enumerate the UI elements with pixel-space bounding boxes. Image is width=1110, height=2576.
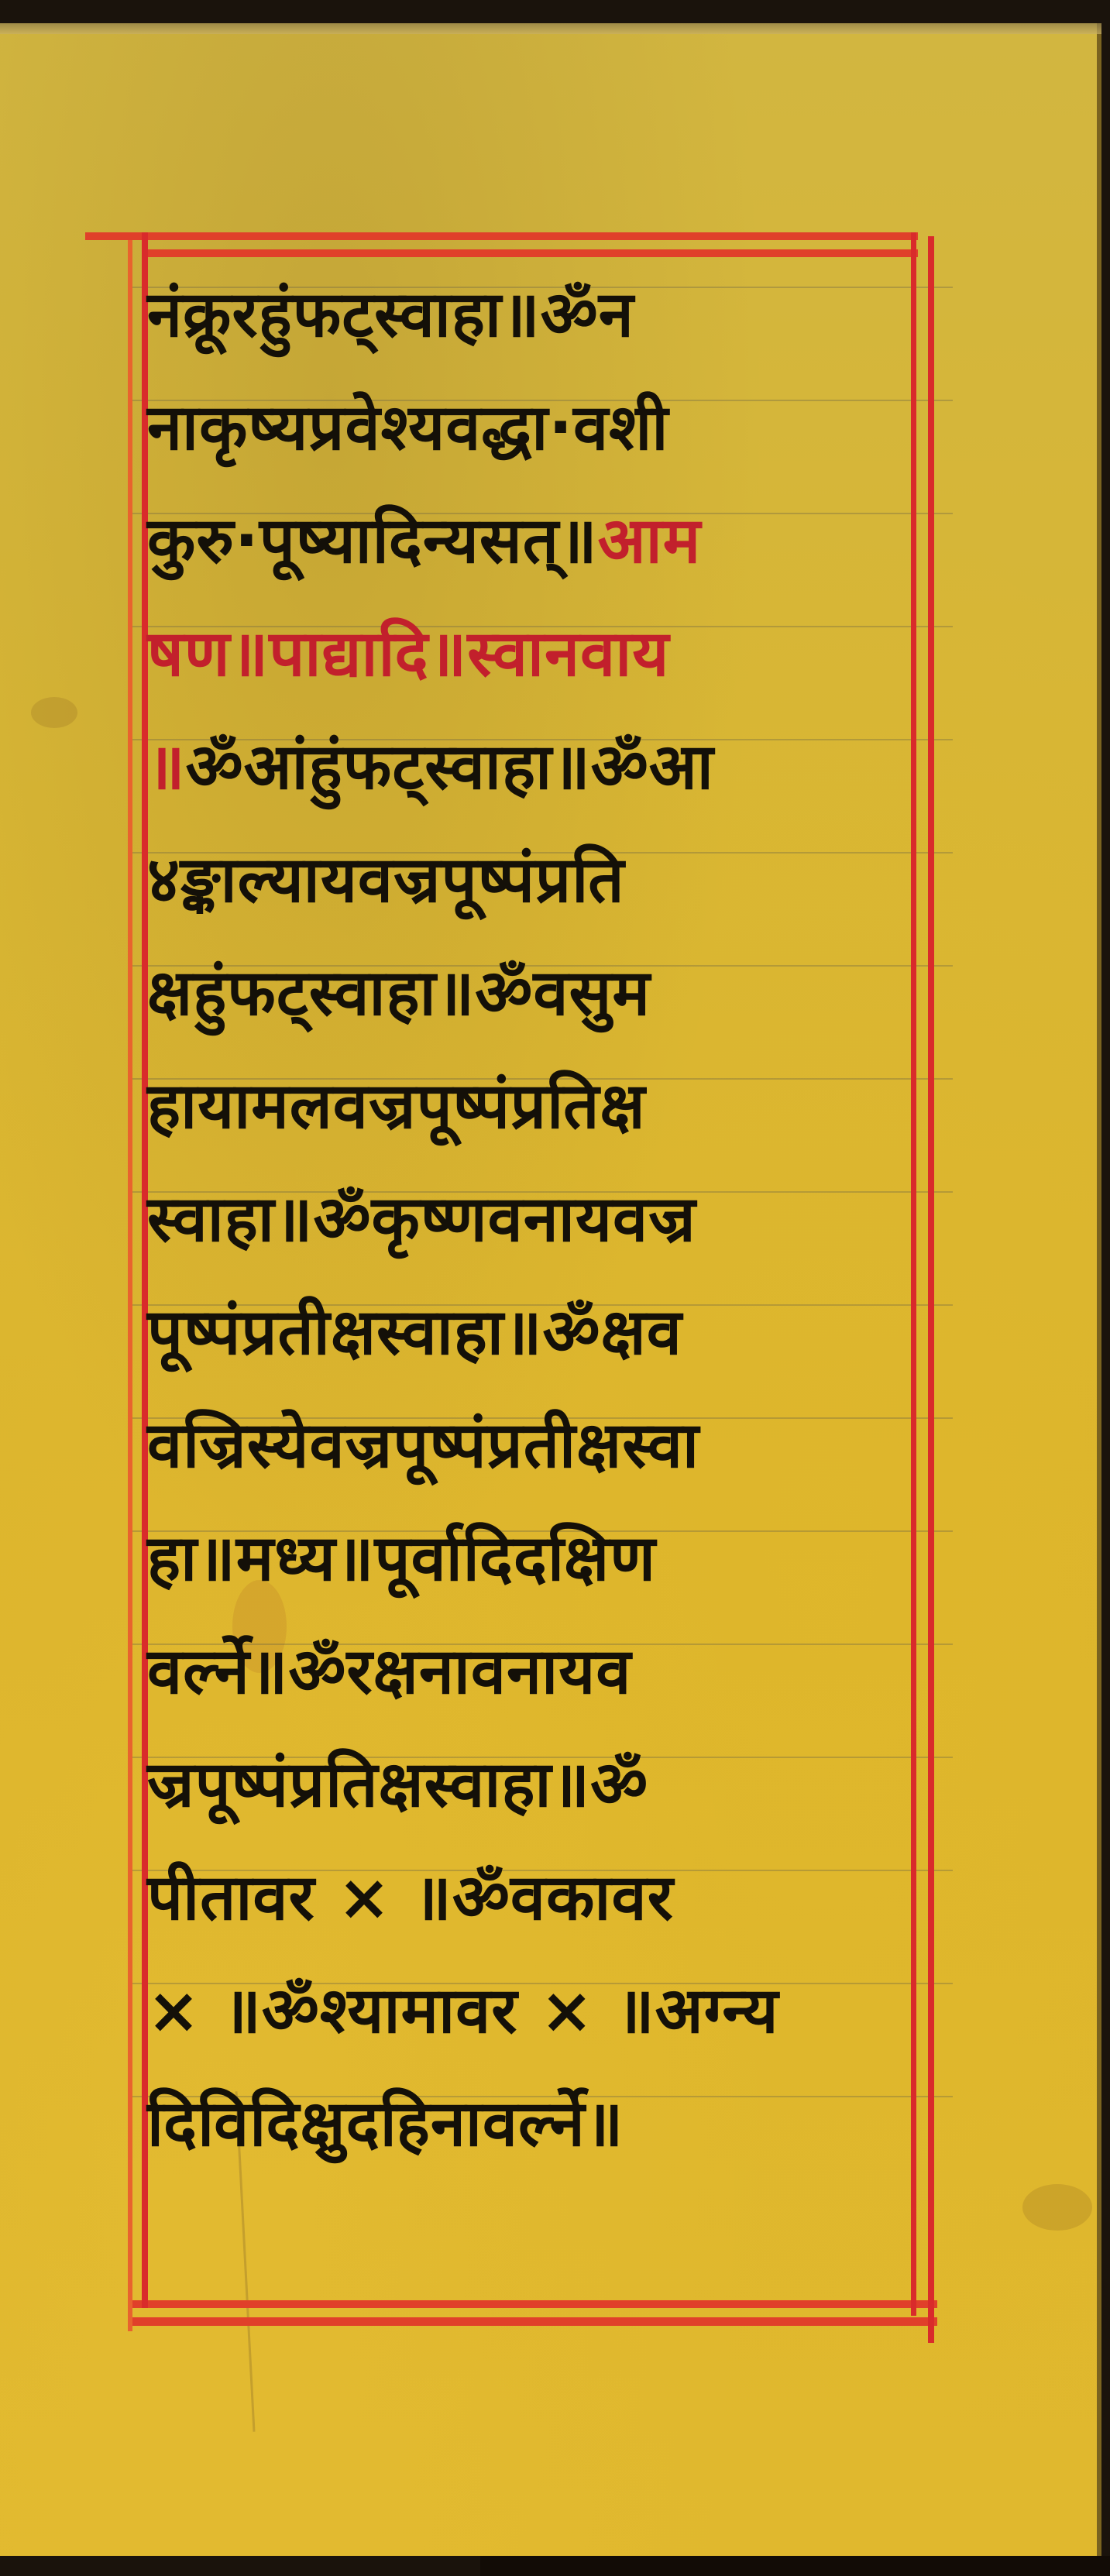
text-line: ॥ॐआंहुंफट्स्वाहा॥ॐआ [147,708,922,821]
text-line: क्षहुंफट्स्वाहा॥ॐवसुम [147,934,922,1047]
text-line: पीतावर × ॥ॐवकावर [147,1839,922,1952]
body-text: पूष्पंप्रतीक्षस्वाहा॥ॐक्षव [147,1286,682,1373]
body-text: पीतावर × ॥ॐवकावर [147,1852,674,1939]
page-top-edge [0,23,1101,34]
body-text: ॐआंहुंफट्स्वाहा॥ॐआ [186,721,714,808]
paper-stain [1022,2184,1092,2231]
rubric-text: ॥ [147,721,186,808]
body-text: ४ङ्काल्यायवज्रपूष्पंप्रति [147,834,624,921]
body-text: स्वाहा॥ॐकृष्णवनायवज्र [147,1173,696,1260]
body-text: क्षहुंफट्स्वाहा॥ॐवसुम [147,947,651,1034]
text-line: ज्रपूष्पंप्रतिक्षस्वाहा॥ॐ [147,1726,922,1839]
body-text: × ॥ॐश्यामावर × ॥अग्न्य [147,1965,778,2052]
body-text: वर्ल्ने॥ॐरक्षनावनायव [147,1626,631,1712]
body-text: वज्रिस्येवज्रपूष्पंप्रतीक्षस्वा [147,1400,699,1486]
text-line: स्वाहा॥ॐकृष्णवनायवज्र [147,1160,922,1273]
body-text: ज्रपूष्पंप्रतिक्षस्वाहा॥ॐ [147,1739,648,1826]
body-text: हा॥मध्य॥पूर्वादिदक्षिण [147,1513,656,1599]
text-line: हायामलवज्रपूष्पंप्रतिक्ष [147,1047,922,1160]
body-text: दिविदिक्षुदहिनावर्ल्ने॥ [147,2078,624,2165]
body-text: कुरु·पूष्यादिन्यसत्॥ [147,495,598,582]
body-text: नाकृष्यप्रवेश्यवद्धा·वशी [147,382,668,469]
bottom-shadow [480,2556,1110,2576]
manuscript-text: नंक्रूरहुंफट्स्वाहा॥ॐननाकृष्यप्रवेश्यवद्… [147,256,930,2178]
paper-stain [31,697,77,728]
text-line: × ॥ॐश्यामावर × ॥अग्न्य [147,1952,922,2065]
text-line: ४ङ्काल्यायवज्रपूष्पंप्रति [147,821,922,934]
text-line: वज्रिस्येवज्रपूष्पंप्रतीक्षस्वा [147,1386,922,1499]
text-line: हा॥मध्य॥पूर्वादिदक्षिण [147,1499,922,1613]
body-text: हायामलवज्रपूष्पंप्रतिक्ष [147,1060,646,1147]
text-line: दिविदिक्षुदहिनावर्ल्ने॥ [147,2065,922,2178]
rubric-text: षण॥पाद्यादि॥स्वानवाय [147,608,669,695]
text-line: पूष्पंप्रतीक्षस्वाहा॥ॐक्षव [147,1273,922,1386]
rubric-text: आम [598,495,702,582]
text-line: वर्ल्ने॥ॐरक्षनावनायव [147,1613,922,1726]
body-text: नंक्रूरहुंफट्स्वाहा॥ॐन [147,269,634,355]
text-line: नाकृष्यप्रवेश्यवद्धा·वशी [147,369,922,482]
text-line: षण॥पाद्यादि॥स्वानवाय [147,595,922,708]
text-line: नंक्रूरहुंफट्स्वाहा॥ॐन [147,256,922,369]
text-line: कुरु·पूष्यादिन्यसत्॥आम [147,482,922,595]
